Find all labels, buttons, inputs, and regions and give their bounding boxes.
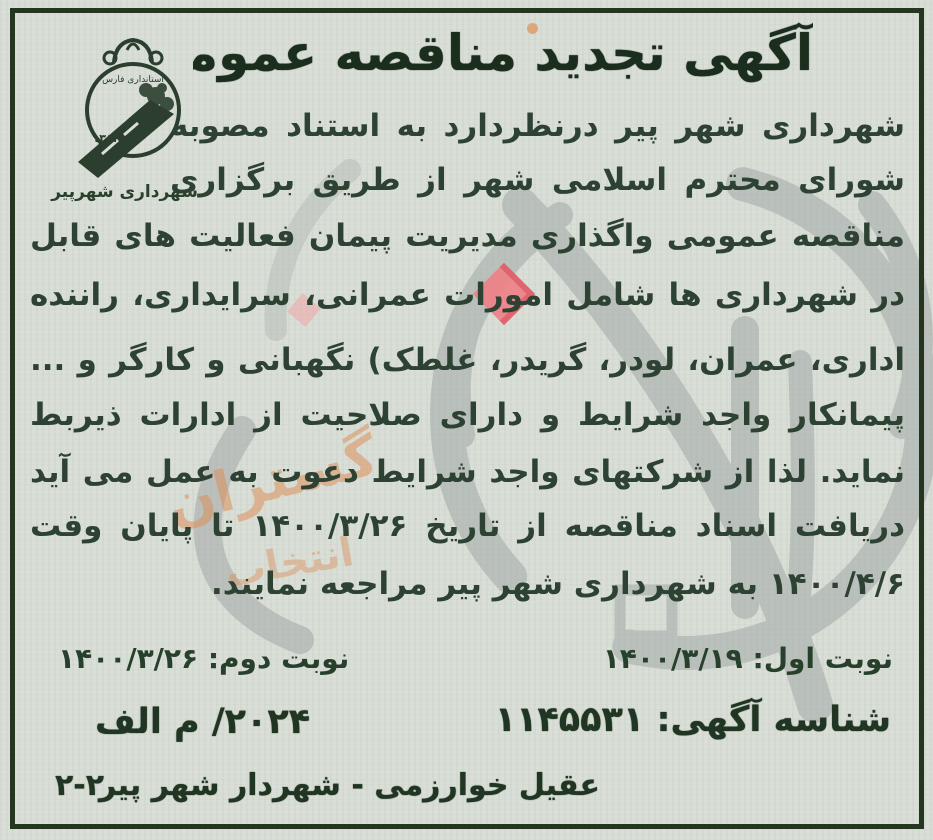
body-line: در شهرداری ها شامل امورات عمرانی، سرایدا…	[30, 269, 905, 323]
body-line: دریافت اسناد مناقصه از تاریخ ۱۴۰۰/۳/۲۶ ت…	[30, 500, 905, 554]
seal-year: ۱۳۸۲	[93, 132, 120, 145]
ad-title: آگهی تجدید مناقصه عمومی	[193, 20, 813, 88]
ad-id: شناسه آگهی: ۱۱۴۵۵۳۱	[495, 700, 891, 740]
body-line: ۱۴۰۰/۴/۶ به شهرداری شهر پیر مراجعه نماین…	[30, 558, 905, 612]
body-line: شورای محترم اسلامی شهر از طریق برگزاری	[170, 154, 905, 208]
second-run-date: نوبت دوم: ۱۴۰۰/۳/۲۶	[58, 642, 349, 675]
body-line: شهرداری شهر پیر درنظردارد به استناد مصوب…	[170, 100, 905, 154]
first-run-date: نوبت اول: ۱۴۰۰/۳/۱۹	[603, 642, 893, 675]
signature: عقیل خوارزمی - شهردار شهر پیر	[240, 768, 600, 803]
body-line: پیمانکار واجد شرایط و دارای صلاحیت از اد…	[30, 389, 905, 443]
body-line: اداری، عمران، لودر، گریدر، غلطک) نگهبانی…	[30, 334, 905, 388]
reference-code: ۲۰۲۴/ م الف	[95, 702, 310, 742]
seal-top-text: استانداری فارس	[102, 75, 164, 85]
body-line: مناقصه عمومی واگذاری مدیریت پیمان فعالیت…	[30, 210, 905, 264]
newspaper-tender-ad: گستران انتخاب	[0, 0, 933, 840]
page-marker: ۲-۲	[55, 768, 104, 803]
body-line: نماید. لذا از شرکتهای واجد شرایط دعوت به…	[30, 446, 905, 500]
